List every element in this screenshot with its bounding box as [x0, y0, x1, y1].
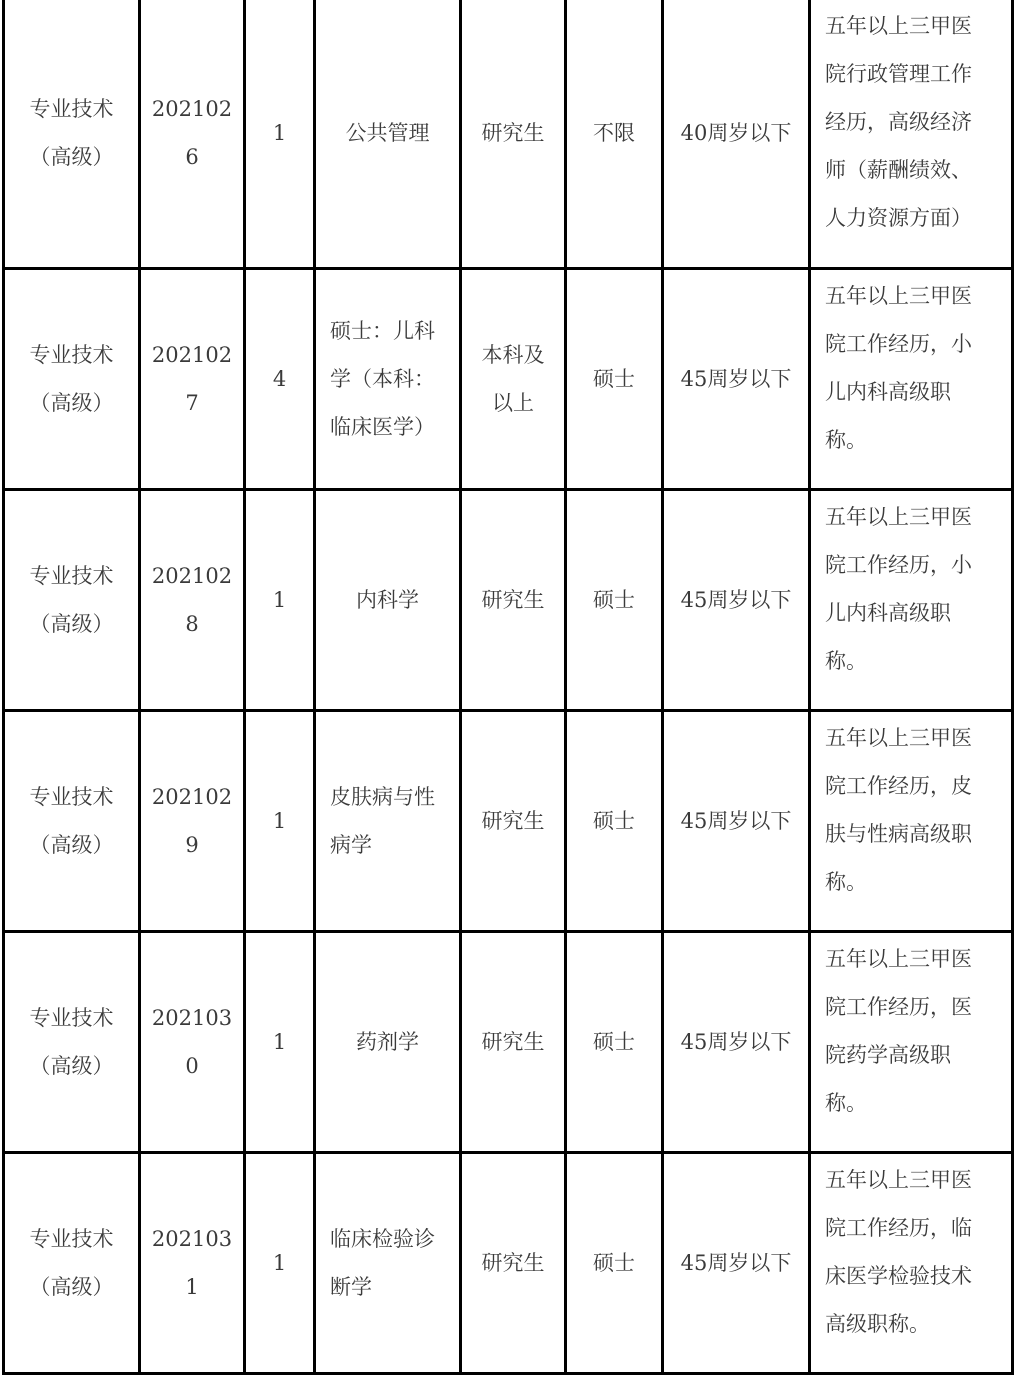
major-cell: 公共管理 — [315, 0, 461, 268]
table-row: 专业技术（高级）20210281内科学研究生硕士45周岁以下五年以上三甲医院工作… — [4, 489, 1013, 710]
category-line: （高级） — [5, 379, 138, 427]
category-line: 专业技术 — [5, 994, 138, 1042]
age-limit-cell: 45周岁以下 — [663, 1152, 810, 1373]
requirements-cell: 五年以上三甲医院行政管理工作经历，高级经济师（薪酬绩效、人力资源方面） — [810, 0, 1013, 268]
major-line: 皮肤病与性 — [330, 773, 453, 821]
position-code-line: 1 — [141, 1263, 243, 1311]
education-cell: 研究生 — [461, 1152, 566, 1373]
requirements-cell: 五年以上三甲医院工作经历，医院药学高级职称。 — [810, 931, 1013, 1152]
age-limit-cell: 45周岁以下 — [663, 931, 810, 1152]
requirements-line: 五年以上三甲医 — [825, 272, 1007, 320]
major-line: 病学 — [330, 821, 453, 869]
requirements-line: 院药学高级职 — [825, 1031, 1007, 1079]
major-line: 公共管理 — [316, 109, 459, 157]
category-cell: 专业技术（高级） — [4, 931, 140, 1152]
category-cell: 专业技术（高级） — [4, 710, 140, 931]
education-line: 研究生 — [462, 1018, 564, 1066]
major-cell: 硕士：儿科学（本科：临床医学） — [315, 268, 461, 489]
position-code-cell: 2021028 — [140, 489, 245, 710]
requirements-line: 五年以上三甲医 — [825, 2, 1007, 50]
table-body: 专业技术（高级）20210261公共管理研究生不限40周岁以下五年以上三甲医院行… — [4, 0, 1013, 1373]
table-row: 专业技术（高级）20210261公共管理研究生不限40周岁以下五年以上三甲医院行… — [4, 0, 1013, 268]
requirements-line: 儿内科高级职 — [825, 368, 1007, 416]
education-line: 研究生 — [462, 797, 564, 845]
category-line: （高级） — [5, 133, 138, 181]
category-line: 专业技术 — [5, 773, 138, 821]
position-code-cell: 2021027 — [140, 268, 245, 489]
degree-cell: 硕士 — [566, 931, 663, 1152]
education-cell: 研究生 — [461, 931, 566, 1152]
requirements-line: 床医学检验技术 — [825, 1252, 1007, 1300]
table-row: 专业技术（高级）20210301药剂学研究生硕士45周岁以下五年以上三甲医院工作… — [4, 931, 1013, 1152]
major-cell: 皮肤病与性病学 — [315, 710, 461, 931]
requirements-line: 院工作经历，小 — [825, 320, 1007, 368]
major-line: 学（本科： — [330, 355, 453, 403]
major-cell: 临床检验诊断学 — [315, 1152, 461, 1373]
requirements-line: 五年以上三甲医 — [825, 1156, 1007, 1204]
headcount-cell: 1 — [245, 0, 315, 268]
category-cell: 专业技术（高级） — [4, 0, 140, 268]
major-cell: 药剂学 — [315, 931, 461, 1152]
category-line: （高级） — [5, 1263, 138, 1311]
education-line: 研究生 — [462, 109, 564, 157]
requirements-line: 院行政管理工作 — [825, 50, 1007, 98]
position-code-line: 202102 — [141, 331, 243, 379]
requirements-line: 五年以上三甲医 — [825, 493, 1007, 541]
major-line: 断学 — [330, 1263, 453, 1311]
position-code-line: 202102 — [141, 85, 243, 133]
category-cell: 专业技术（高级） — [4, 489, 140, 710]
education-cell: 研究生 — [461, 489, 566, 710]
headcount-cell: 1 — [245, 489, 315, 710]
requirements-line: 师（薪酬绩效、 — [825, 146, 1007, 194]
headcount-cell: 1 — [245, 1152, 315, 1373]
position-code-line: 0 — [141, 1042, 243, 1090]
major-line: 临床医学） — [330, 403, 453, 451]
major-line: 药剂学 — [316, 1018, 459, 1066]
position-code-cell: 2021029 — [140, 710, 245, 931]
category-line: 专业技术 — [5, 1215, 138, 1263]
education-line: 研究生 — [462, 1239, 564, 1287]
requirements-line: 高级职称。 — [825, 1300, 1007, 1348]
position-code-line: 6 — [141, 133, 243, 181]
category-line: （高级） — [5, 1042, 138, 1090]
age-limit-cell: 40周岁以下 — [663, 0, 810, 268]
requirements-line: 院工作经历，小 — [825, 541, 1007, 589]
requirements-line: 院工作经历，皮 — [825, 762, 1007, 810]
requirements-cell: 五年以上三甲医院工作经历，小儿内科高级职称。 — [810, 489, 1013, 710]
requirements-cell: 五年以上三甲医院工作经历，小儿内科高级职称。 — [810, 268, 1013, 489]
position-code-cell: 2021031 — [140, 1152, 245, 1373]
category-cell: 专业技术（高级） — [4, 268, 140, 489]
age-limit-cell: 45周岁以下 — [663, 710, 810, 931]
requirements-line: 肤与性病高级职 — [825, 810, 1007, 858]
degree-cell: 硕士 — [566, 489, 663, 710]
major-line: 内科学 — [316, 576, 459, 624]
headcount-cell: 1 — [245, 710, 315, 931]
position-code-line: 7 — [141, 379, 243, 427]
position-code-cell: 2021026 — [140, 0, 245, 268]
position-code-line: 8 — [141, 600, 243, 648]
major-line: 临床检验诊 — [330, 1215, 453, 1263]
requirements-line: 儿内科高级职 — [825, 589, 1007, 637]
job-positions-table: 专业技术（高级）20210261公共管理研究生不限40周岁以下五年以上三甲医院行… — [2, 0, 1014, 1375]
position-code-line: 202103 — [141, 994, 243, 1042]
degree-cell: 硕士 — [566, 710, 663, 931]
category-line: （高级） — [5, 821, 138, 869]
requirements-cell: 五年以上三甲医院工作经历，皮肤与性病高级职称。 — [810, 710, 1013, 931]
headcount-cell: 4 — [245, 268, 315, 489]
requirements-line: 称。 — [825, 858, 1007, 906]
position-code-line: 202103 — [141, 1215, 243, 1263]
requirements-line: 院工作经历，临 — [825, 1204, 1007, 1252]
education-line: 以上 — [462, 379, 564, 427]
requirements-line: 五年以上三甲医 — [825, 935, 1007, 983]
table-row: 专业技术（高级）20210311临床检验诊断学研究生硕士45周岁以下五年以上三甲… — [4, 1152, 1013, 1373]
age-limit-cell: 45周岁以下 — [663, 268, 810, 489]
requirements-cell: 五年以上三甲医院工作经历，临床医学检验技术高级职称。 — [810, 1152, 1013, 1373]
requirements-line: 称。 — [825, 416, 1007, 464]
requirements-line: 称。 — [825, 1079, 1007, 1127]
table-row: 专业技术（高级）20210274硕士：儿科学（本科：临床医学）本科及以上硕士45… — [4, 268, 1013, 489]
position-code-line: 202102 — [141, 552, 243, 600]
degree-cell: 不限 — [566, 0, 663, 268]
major-line: 硕士：儿科 — [330, 307, 453, 355]
major-cell: 内科学 — [315, 489, 461, 710]
position-code-line: 202102 — [141, 773, 243, 821]
requirements-line: 五年以上三甲医 — [825, 714, 1007, 762]
position-code-cell: 2021030 — [140, 931, 245, 1152]
education-line: 研究生 — [462, 576, 564, 624]
category-line: （高级） — [5, 600, 138, 648]
category-line: 专业技术 — [5, 552, 138, 600]
requirements-line: 人力资源方面） — [825, 194, 1007, 242]
position-code-line: 9 — [141, 821, 243, 869]
headcount-cell: 1 — [245, 931, 315, 1152]
category-line: 专业技术 — [5, 331, 138, 379]
requirements-line: 经历，高级经济 — [825, 98, 1007, 146]
degree-cell: 硕士 — [566, 1152, 663, 1373]
degree-cell: 硕士 — [566, 268, 663, 489]
education-cell: 研究生 — [461, 0, 566, 268]
requirements-line: 院工作经历，医 — [825, 983, 1007, 1031]
education-cell: 本科及以上 — [461, 268, 566, 489]
category-cell: 专业技术（高级） — [4, 1152, 140, 1373]
requirements-line: 称。 — [825, 637, 1007, 685]
age-limit-cell: 45周岁以下 — [663, 489, 810, 710]
category-line: 专业技术 — [5, 85, 138, 133]
education-line: 本科及 — [462, 331, 564, 379]
table-row: 专业技术（高级）20210291皮肤病与性病学研究生硕士45周岁以下五年以上三甲… — [4, 710, 1013, 931]
education-cell: 研究生 — [461, 710, 566, 931]
